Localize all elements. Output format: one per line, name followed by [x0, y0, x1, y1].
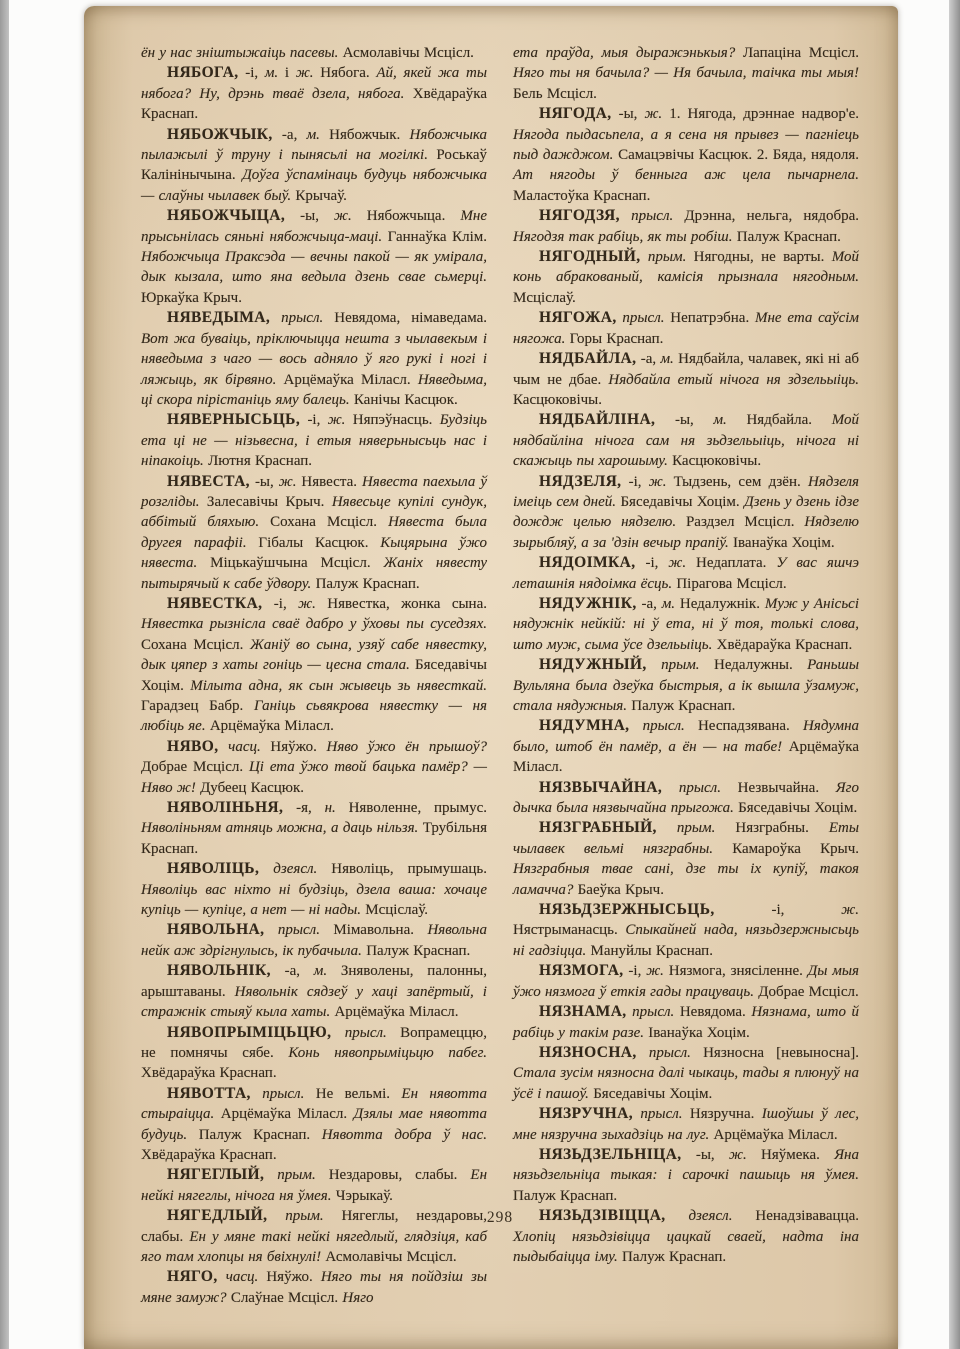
entry-text: Добрае Мсцісл.	[141, 759, 249, 775]
entry-text: Гарадзец Бабр.	[141, 698, 254, 714]
entry-text: Юркаўка Крыч.	[141, 290, 242, 306]
page-number: 298	[141, 1209, 859, 1227]
example-text: ж.	[644, 106, 662, 122]
dict-entry: НЯВЕРНЫСЬЦЬ, -і, ж. Няпэўнасць. Будзіць …	[141, 410, 487, 471]
headword: НЯЗМОГА,	[539, 962, 624, 979]
entry-text: Палуж Краснап.	[618, 1249, 726, 1265]
entry-text: Міцькаўшчына Мсцісл.	[197, 555, 383, 571]
dict-entry: НЯЗНОСНА, прысл. Нязносна [невыносна]. С…	[513, 1043, 859, 1104]
entry-text: Касцюковічы.	[668, 453, 761, 469]
headword: НЯЗВЫЧАЙНА,	[539, 779, 662, 796]
example-text: прысл.	[632, 1004, 674, 1020]
example-text: прым.	[277, 1167, 315, 1183]
entry-text: -ы,	[682, 1147, 729, 1163]
example-text: прысл.	[631, 208, 673, 224]
entry-text: Арцёмаўка Міласл.	[214, 1106, 353, 1122]
headword: НЯВОЛЬНА,	[167, 921, 264, 938]
scanned-document: ён у нас зніштыжаіць пасевы. Асмолавічы …	[0, 0, 960, 1349]
entry-text: Раздзел Мсцісл.	[676, 514, 804, 530]
headword: НЯДЗЕЛЯ,	[539, 473, 621, 490]
entry-text	[657, 820, 677, 836]
entry-text: Касцюковічы.	[513, 392, 602, 408]
headword: НЯГОДНЫЙ,	[539, 248, 640, 265]
entry-text: Асмолавічы Мсцісл.	[321, 1249, 457, 1265]
example-text: прысл.	[679, 780, 721, 796]
example-text: прысл.	[643, 718, 685, 734]
headword: НЯВЕДЫМА,	[167, 309, 270, 326]
entry-text	[662, 780, 679, 796]
headword: НЯЗНОСНА,	[539, 1044, 637, 1061]
entry-text: 1. Нягода, дрэннае надвор'е.	[662, 106, 859, 122]
entry-text: Нядбайла.	[727, 412, 832, 428]
entry-text: Камароўка Крыч.	[713, 841, 859, 857]
headword: НЯГОДЗЯ,	[539, 207, 620, 224]
headword: НЯВО,	[167, 738, 219, 755]
entry-text: -а,	[637, 596, 662, 612]
headword: НЯДУЖНЫЙ,	[539, 656, 647, 673]
entry-text: Нявеста.	[296, 474, 362, 490]
entry-text: Няпэўнасць.	[345, 412, 439, 428]
example-text: Няволіць вас ніхто ні будзіць, дзела ваш…	[141, 882, 487, 918]
example-text: прысл.	[262, 1086, 304, 1102]
dict-entry: НЯБОГА, -і, м. і ж. Нябога. Ай, якей жа …	[141, 63, 487, 124]
example-text: ета праўда, мыя дыражэнькыя?	[513, 45, 735, 61]
entry-text: Іванаўка Хоцім.	[729, 535, 835, 551]
example-text: ён у нас зніштыжаіць пасевы.	[141, 45, 338, 61]
entry-text	[218, 1269, 226, 1285]
entry-text: Палуж Краснап.	[733, 229, 841, 245]
headword: НЯВЕРНЫСЬЦЬ,	[167, 411, 300, 428]
dict-entry: НЯЗЬДЗЕРЖНЫСЬЦЬ, -і, ж. Нястрыманасць. С…	[513, 900, 859, 961]
example-text: Нябожчыца Праксэда — вечны пакой — як ум…	[141, 249, 487, 285]
entry-text: Ганнаўка Клім.	[382, 229, 487, 245]
entry-text: Палуж Краснап.	[362, 943, 470, 959]
entry-text: Недаплата.	[686, 555, 776, 571]
entry-text	[251, 1086, 262, 1102]
dict-entry: НЯВОЛІЦЬ, дзеясл. Няволіць, прымушаць. Н…	[141, 859, 487, 920]
entry-text: -а,	[273, 127, 307, 143]
headword: НЯВОЛІНЬНЯ,	[167, 799, 283, 816]
headword: НЯВОЛІЦЬ,	[167, 860, 259, 877]
entry-text: Асмолавічы Мсцісл.	[338, 45, 474, 61]
dict-entry: НЯДОІМКА, -і, ж. Недаплата. У вас яшчэ л…	[513, 553, 859, 594]
entry-text	[620, 208, 631, 224]
example-text: Нязграбныя твае сані, дзе ты іх купіў, т…	[513, 861, 859, 897]
dict-entry: НЯГЕГЛЫЙ, прым. Нездаровы, слабы. Ен ней…	[141, 1165, 487, 1206]
entry-text: Невядома.	[674, 1004, 751, 1020]
headword: НЯДОІМКА,	[539, 554, 636, 571]
example-text: ж.	[668, 555, 686, 571]
entry-text: Няволенне, прымус.	[336, 800, 487, 816]
entry-text: -ы,	[612, 106, 645, 122]
entry-text: Хвёдараўка Краснап.	[712, 637, 852, 653]
entry-text: Добрае Мсцісл.	[754, 984, 859, 1000]
entry-text: Недалужнік.	[675, 596, 765, 612]
dict-entry: НЯГОЖА, прысл. Непатрэбна. Мне ета саўсі…	[513, 308, 859, 349]
entry-text: Самацэвічы Касцюк. 2. Бяда, нядоля.	[613, 147, 859, 163]
example-text: ж.	[279, 474, 297, 490]
example-text: м.	[307, 127, 320, 143]
dict-entry: НЯВОПРЫМІЦЬЦЮ, прысл. Вопрамеццю, не пом…	[141, 1023, 487, 1084]
entry-text: Палуж Краснап.	[187, 1127, 322, 1143]
headword: НЯДБАЙЛІНА,	[539, 411, 655, 428]
entry-text: -і,	[636, 555, 669, 571]
dict-entry: НЯЗЬДЗЕЛЬНІЦА, -ы, ж. Няўмека. Яна нязьд…	[513, 1145, 859, 1206]
entry-text: Арцёмаўка Міласл.	[709, 1127, 837, 1143]
example-text: Ат нягоды ў бенныга аж цела пычарнела.	[513, 167, 859, 183]
example-text: прым.	[677, 820, 715, 836]
book-page: ён у нас зніштыжаіць пасевы. Асмолавічы …	[84, 6, 898, 1349]
example-text: прым.	[661, 657, 699, 673]
entry-text: Сохана Мсцісл.	[259, 514, 388, 530]
headword: НЯЗЬДЗЕРЖНЫСЬЦЬ,	[539, 901, 715, 918]
entry-text: Чэрыкаў.	[331, 1188, 392, 1204]
entry-text: Нябожчык.	[320, 127, 410, 143]
example-text: ж.	[729, 1147, 747, 1163]
dict-entry: НЯЗРУЧНА, прысл. Нязручна. Ішоўшы ў лес,…	[513, 1104, 859, 1145]
example-text: ж.	[649, 474, 667, 490]
entry-text: Палуж Краснап.	[627, 698, 735, 714]
dict-entry: НЯДБАЙЛА, -а, м. Нядбайла, чалавек, які …	[513, 349, 859, 410]
entry-text: Лапаціна Мсцісл.	[735, 45, 859, 61]
example-text: м.	[662, 596, 675, 612]
entry-text	[219, 739, 229, 755]
entry-text: Неспадзявана.	[685, 718, 803, 734]
dict-entry: НЯВЕСТА, -ы, ж. Нявеста. Нявеста паехыла…	[141, 472, 487, 594]
text-column-right: ета праўда, мыя дыражэнькыя? Лапаціна Мс…	[513, 43, 859, 1308]
entry-text	[637, 1045, 649, 1061]
example-text: м.	[713, 412, 726, 428]
example-text: часц.	[228, 739, 261, 755]
dict-entry: НЯЗМОГА, -і, ж. Нязмога, знясіленне. Ды …	[513, 961, 859, 1002]
example-text: м.	[265, 65, 278, 81]
example-text: м.	[314, 963, 327, 979]
entry-text: Пірагова Мсцісл.	[672, 576, 787, 592]
dict-entry: НЯДУЖНЫЙ, прым. Недалужны. Раньшы Вульля…	[513, 655, 859, 716]
entry-text: Няўмека.	[747, 1147, 834, 1163]
example-text: м.	[660, 351, 673, 367]
entry-text: і	[278, 65, 296, 81]
example-text: Мілыта адна, як сын жывець зь нявесткай.	[190, 678, 487, 694]
example-text: Няво ўжо ён прышоў?	[327, 739, 488, 755]
entry-text	[647, 657, 661, 673]
headword: НЯЗНАМА,	[539, 1003, 627, 1020]
entry-text: Гібалы Касцюк.	[247, 535, 381, 551]
example-text: н.	[325, 800, 336, 816]
dict-entry: ён у нас зніштыжаіць пасевы. Асмолавічы …	[141, 43, 487, 63]
entry-text: Нязручна.	[683, 1106, 762, 1122]
entry-text: -і,	[715, 902, 842, 918]
entry-text: Канічы Касцюк.	[350, 392, 458, 408]
entry-text: -ы,	[285, 208, 334, 224]
example-text: прысл.	[278, 922, 320, 938]
entry-text: Нягодны, не варты.	[686, 249, 831, 265]
headword: НЯГО,	[167, 1268, 218, 1285]
entry-text: Сохана Мсцісл.	[141, 637, 250, 653]
entry-text: -а,	[271, 963, 314, 979]
entry-text: Арцёмаўка Міласл.	[276, 372, 418, 388]
example-text: ж.	[328, 412, 346, 428]
dict-entry: НЯДУЖНІК, -а, м. Недалужнік. Муж у Анісь…	[513, 594, 859, 655]
entry-text: Мсціслаў.	[361, 902, 428, 918]
entry-text: -я,	[283, 800, 324, 816]
example-text: Нягодзя так рабіць, як ты робіш.	[513, 229, 733, 245]
entry-text: Нязграбны.	[715, 820, 829, 836]
entry-text: Нездаровы, слабы.	[316, 1167, 471, 1183]
dict-entry: НЯДБАЙЛІНА, -ы, м. Нядбайла. Мой нядбайл…	[513, 410, 859, 471]
entry-text: Мімавольна.	[320, 922, 427, 938]
dict-entry: НЯГО, часц. Няўжо. Няго ты ня пойдзіш зы…	[141, 1267, 487, 1308]
example-text: ж.	[298, 596, 316, 612]
dict-entry: НЯВЕДЫМА, прысл. Невядома, німаведама. В…	[141, 308, 487, 410]
entry-text: Нябога.	[314, 65, 377, 81]
entry-text: Не вельмі.	[304, 1086, 401, 1102]
headword: НЯВЕСТА,	[167, 473, 250, 490]
dict-entry: НЯДЗЕЛЯ, -і, ж. Тыдзень, сем дзён. Нядзе…	[513, 472, 859, 554]
entry-text: Крычаў.	[291, 188, 347, 204]
entry-text: Іванаўка Хоцім.	[644, 1025, 750, 1041]
example-text: Няго	[342, 1290, 373, 1306]
example-text: часц.	[226, 1269, 259, 1285]
entry-text	[640, 249, 647, 265]
entry-text: Горы Краснап.	[565, 331, 663, 347]
entry-text: Незвычайна.	[721, 780, 836, 796]
entry-text: -і,	[262, 596, 298, 612]
entry-text: Баеўка Крыч.	[573, 882, 664, 898]
entry-text: Нязносна [невыносна].	[691, 1045, 859, 1061]
dictionary-text-block: ён у нас зніштыжаіць пасевы. Асмолавічы …	[141, 43, 859, 1308]
scan-edge-left	[0, 0, 9, 1349]
example-text: ж.	[841, 902, 859, 918]
headword: НЯВЕСТКА,	[167, 595, 262, 612]
entry-text: Хвёдараўка Краснап.	[141, 1065, 277, 1081]
entry-text: -і,	[624, 963, 647, 979]
headword: НЯДБАЙЛА,	[539, 350, 636, 367]
dict-entry: ета праўда, мыя дыражэнькыя? Лапаціна Мс…	[513, 43, 859, 104]
dict-entry: НЯЗВЫЧАЙНА, прысл. Незвычайна. Яго дычка…	[513, 778, 859, 819]
example-text: Нядбайла етый нічога ня здзельыіць.	[608, 372, 859, 388]
entry-text: Арцёмаўка Міласл.	[330, 1004, 458, 1020]
entry-text	[629, 718, 642, 734]
entry-text	[270, 310, 281, 326]
entry-text: Нябожчыца.	[352, 208, 461, 224]
entry-text: Бяседавічы Хоцім.	[589, 1086, 712, 1102]
headword: НЯЗЬДЗЕЛЬНІЦА,	[539, 1146, 682, 1163]
entry-text: Няўжо.	[258, 1269, 321, 1285]
entry-text: Мануйлы Краснап.	[586, 943, 713, 959]
dict-entry: НЯВОЛІНЬНЯ, -я, н. Няволенне, прымус. Ня…	[141, 798, 487, 859]
example-text: прысл.	[281, 310, 323, 326]
example-text: прысл.	[649, 1045, 691, 1061]
entry-text: Бель Мсцісл.	[513, 86, 597, 102]
entry-text	[264, 1167, 277, 1183]
dict-entry: НЯДУМНА, прысл. Неспадзявана. Нядумна бы…	[513, 716, 859, 777]
entry-text: Дрэнна, нельга, нядобра.	[673, 208, 859, 224]
entry-text: Бяседавічы Хоцім.	[734, 800, 857, 816]
headword: НЯБОЖЧЫК,	[167, 126, 273, 143]
entry-text	[331, 1025, 344, 1041]
entry-text: Залесавічы Крыч.	[200, 494, 332, 510]
dict-entry: НЯГОДЗЯ, прысл. Дрэнна, нельга, нядобра.…	[513, 206, 859, 247]
entry-text: Няволіць, прымушаць.	[317, 861, 487, 877]
entry-text: Няўжо.	[261, 739, 327, 755]
example-text: Нявестка рызнісла сваё дабро у ўховы пы …	[141, 616, 487, 632]
entry-text: Непатрэбна.	[665, 310, 756, 326]
entry-text: Арцёмаўка Міласл.	[206, 718, 334, 734]
text-column-left: ён у нас зніштыжаіць пасевы. Асмолавічы …	[141, 43, 487, 1308]
entry-text: Бяседавічы Хоцім.	[616, 494, 744, 510]
entry-text: Невядома, німаведама.	[323, 310, 487, 326]
example-text: прысл.	[345, 1025, 387, 1041]
headword: НЯВОЛЬНІК,	[167, 962, 271, 979]
entry-text: -і,	[300, 412, 328, 428]
dict-entry: НЯГОДА, -ы, ж. 1. Нягода, дрэннае надвор…	[513, 104, 859, 206]
headword: НЯБОЖЧЫЦА,	[167, 207, 285, 224]
headword: НЯВОТТА,	[167, 1085, 251, 1102]
dict-entry: НЯВОТТА, прысл. Не вельмі. Ен нявотта ст…	[141, 1084, 487, 1166]
entry-text: -ы,	[250, 474, 279, 490]
entry-text	[259, 861, 273, 877]
example-text: Конь нявопрыміцьцю пабег.	[288, 1045, 487, 1061]
dict-entry: НЯЗНАМА, прысл. Невядома. Нязнама, што й…	[513, 1002, 859, 1043]
entry-text: Маластоўка Краснап.	[513, 188, 650, 204]
entry-text: Нявестка, жонка сына.	[316, 596, 487, 612]
example-text: прысл.	[640, 1106, 682, 1122]
headword: НЯБОГА,	[167, 64, 239, 81]
scan-edge-right	[949, 0, 960, 1349]
entry-text: Палуж Краснап.	[311, 576, 419, 592]
headword: НЯГЕГЛЫЙ,	[167, 1166, 264, 1183]
dict-entry: НЯГОДНЫЙ, прым. Нягодны, не варты. Мой к…	[513, 247, 859, 308]
dict-entry: НЯВОЛЬНІК, -а, м. Зняволены, палонны, ар…	[141, 961, 487, 1022]
entry-text: Палуж Краснап.	[513, 1188, 617, 1204]
dict-entry: НЯВОЛЬНА, прысл. Мімавольна. Нявольна не…	[141, 920, 487, 961]
entry-text: Лютня Краснап.	[204, 453, 312, 469]
headword: НЯЗГРАБНЫЙ,	[539, 819, 657, 836]
entry-text: -і,	[239, 65, 265, 81]
dict-entry: НЯБОЖЧЫЦА, -ы, ж. Нябожчыца. Мне прысьні…	[141, 206, 487, 308]
dict-entry: НЯЗГРАБНЫЙ, прым. Нязграбны. Еты чылавек…	[513, 818, 859, 900]
headword: НЯДУМНА,	[539, 717, 629, 734]
example-text: Няго ты ня бачыла? — Ня бачыла, таічка т…	[513, 65, 859, 81]
paper-sheet: ён у нас зніштыжаіць пасевы. Асмолавічы …	[9, 0, 949, 1349]
example-text: ж.	[646, 963, 664, 979]
headword: НЯЗРУЧНА,	[539, 1105, 633, 1122]
entry-text: Слаўнае Мсцісл.	[227, 1290, 343, 1306]
entry-text: -а,	[636, 351, 660, 367]
entry-text	[264, 922, 277, 938]
entry-text: Нязмога, знясіленне.	[664, 963, 808, 979]
example-text: прым.	[648, 249, 686, 265]
entry-text: Дубеец Касцюк.	[196, 780, 304, 796]
entry-text: Недалужны.	[700, 657, 808, 673]
example-text: Нявотта добра ў нас.	[322, 1127, 487, 1143]
dict-entry: НЯБОЖЧЫК, -а, м. Нябожчык. Нябожчыка пыл…	[141, 125, 487, 207]
entry-text: Нястрыманасць.	[513, 922, 625, 938]
entry-text: -і,	[621, 474, 648, 490]
headword: НЯВОПРЫМІЦЬЦЮ,	[167, 1024, 331, 1041]
example-text: дзеясл.	[273, 861, 317, 877]
headword: НЯДУЖНІК,	[539, 595, 637, 612]
headword: НЯГОЖА,	[539, 309, 617, 326]
example-text: прысл.	[622, 310, 664, 326]
dict-entry: НЯВЕСТКА, -і, ж. Нявестка, жонка сына. Н…	[141, 594, 487, 737]
entry-text: Хвёдараўка Краснап.	[141, 1147, 277, 1163]
dict-entry: НЯВО, часц. Няўжо. Няво ўжо ён прышоў? Д…	[141, 737, 487, 798]
entry-text: Тыдзень, сем дзён.	[666, 474, 807, 490]
example-text: Няволіньням атняць можна, а даць нільзя.	[141, 820, 418, 836]
entry-text: Мсціслаў.	[513, 290, 576, 306]
example-text: ж.	[296, 65, 314, 81]
example-text: ж.	[334, 208, 352, 224]
headword: НЯГОДА,	[539, 105, 612, 122]
entry-text: -ы,	[655, 412, 713, 428]
